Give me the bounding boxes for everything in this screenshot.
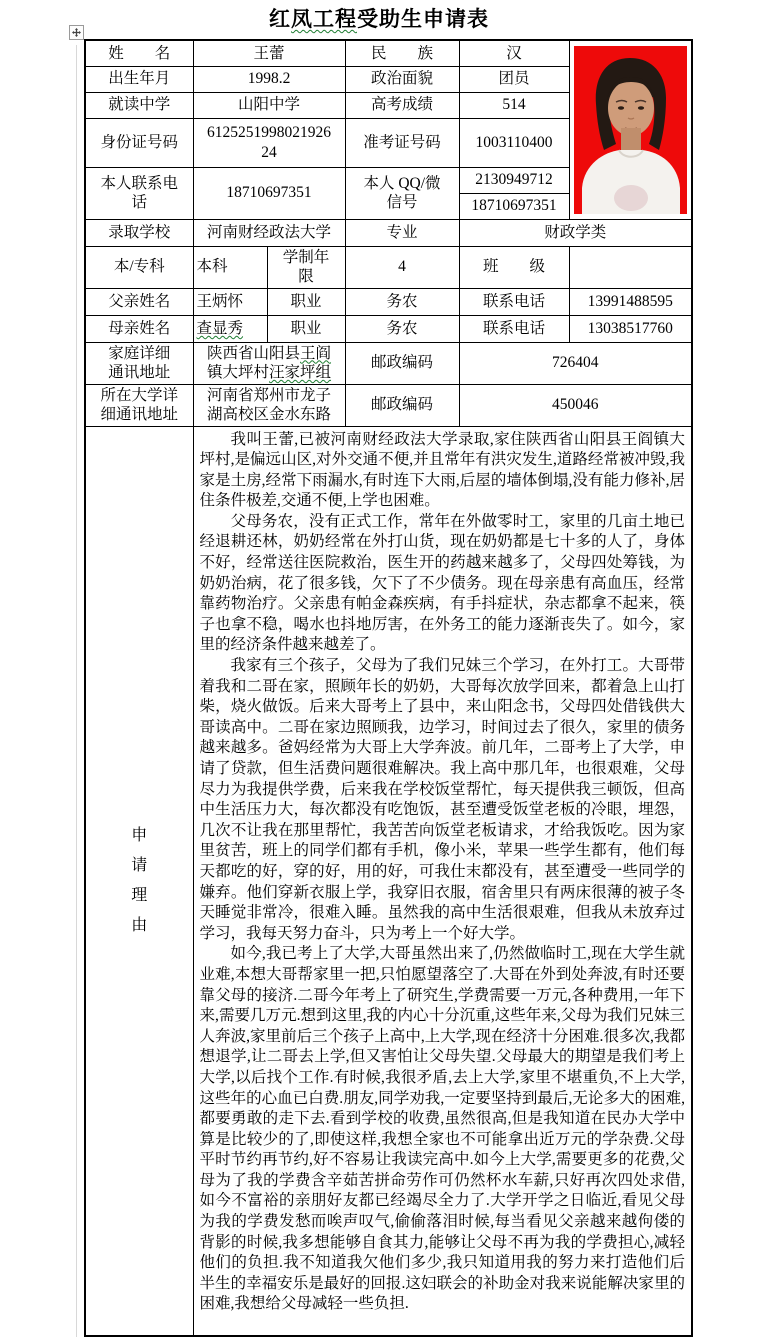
field-phone-value: 18710697351 <box>193 167 345 219</box>
field-univaddr-label: 所在大学详细通讯地址 <box>99 386 180 425</box>
field-highschool-value: 山阳中学 <box>193 92 345 118</box>
photo-cell <box>569 40 692 219</box>
field-examnumber-label: 准考证号码 <box>345 118 459 167</box>
field-major-value: 财政学类 <box>459 219 692 246</box>
page-title-pre: 红 <box>269 7 291 31</box>
field-univaddr-value: 河南省郑州市龙子湖高校区金水东路 <box>205 386 334 425</box>
field-mother-label: 母亲姓名 <box>85 315 193 342</box>
field-examnumber-value: 1003110400 <box>459 118 569 167</box>
field-father-phone-label: 联系电话 <box>459 288 569 315</box>
reason-paragraph: 父母务农，没有正式工作，常年在外做零时工，家里的几亩土地已经退耕还林，奶奶经常在… <box>200 512 686 656</box>
page-title: 红凤工程受助生申请表 <box>0 3 758 33</box>
field-homezip-label: 邮政编码 <box>345 342 459 384</box>
field-wechat-value: 18710697351 <box>459 193 569 219</box>
field-idnumber-label: 身份证号码 <box>85 118 193 167</box>
field-father-label: 父亲姓名 <box>85 288 193 315</box>
field-birth-value: 1998.2 <box>193 66 345 92</box>
field-mother-phone-label: 联系电话 <box>459 315 569 342</box>
field-mother-name: 查显秀 <box>197 320 244 337</box>
field-gaokao-value: 514 <box>459 92 569 118</box>
field-phone-label: 本人联系电话 <box>99 174 180 213</box>
field-homeaddr-value: 陕西省山阳县王阎镇大坪村汪家坪组 <box>205 344 334 383</box>
field-name-label: 姓 名 <box>85 40 193 66</box>
field-reason-label: 申请理由 <box>85 426 193 1336</box>
reason-paragraph: 如今,我已考上了大学,大哥虽然出来了,仍然做临时工,现在大学生就业难,本想大哥帮… <box>200 944 686 1315</box>
field-university-label: 录取学校 <box>85 219 193 246</box>
text-boundary-line <box>76 45 77 1337</box>
field-mother-job: 务农 <box>345 315 459 342</box>
field-univzip-label: 邮政编码 <box>345 384 459 426</box>
field-highschool-label: 就读中学 <box>85 92 193 118</box>
field-birth-label: 出生年月 <box>85 66 193 92</box>
field-father-name: 王炳怀 <box>193 288 267 315</box>
field-duration-label: 学制年限 <box>281 248 331 287</box>
field-ethnicity-value: 汉 <box>459 40 569 66</box>
field-political-value: 团员 <box>459 66 569 92</box>
field-class-label: 班 级 <box>459 246 569 288</box>
reason-paragraph: 我叫王蕾,已被河南财经政法大学录取,家住陕西省山阳县王阎镇大坪村,是偏远山区,对… <box>200 430 686 512</box>
field-university-value: 河南财经政法大学 <box>193 219 345 246</box>
document-page: 红凤工程受助生申请表 姓 名 王蕾 民 族 汉 <box>0 0 758 1337</box>
field-political-label: 政治面貌 <box>345 66 459 92</box>
field-gaokao-label: 高考成绩 <box>345 92 459 118</box>
field-father-phone: 13991488595 <box>569 288 692 315</box>
field-qq-value: 2130949712 <box>459 167 569 193</box>
field-qq-label: 本人 QQ/微信号 <box>359 174 446 213</box>
field-homezip-value: 726404 <box>459 342 692 384</box>
page-title-squiggle: 凤工程 <box>291 7 357 31</box>
field-degree-label: 本/专科 <box>85 246 193 288</box>
field-major-label: 专业 <box>345 219 459 246</box>
field-ethnicity-label: 民 族 <box>345 40 459 66</box>
applicant-form-table: 姓 名 王蕾 民 族 汉 <box>84 39 693 1337</box>
field-class-value <box>569 246 692 288</box>
reason-paragraph: 我家有三个孩子，父母为了我们兄妹三个学习，在外打工。大哥带着我和二哥在家，照顾年… <box>200 656 686 944</box>
field-homeaddr-label: 家庭详细通讯地址 <box>106 344 173 383</box>
field-univzip-value: 450046 <box>459 384 692 426</box>
applicant-photo <box>574 46 687 214</box>
field-duration-value: 4 <box>345 246 459 288</box>
field-mother-phone: 13038517760 <box>569 315 692 342</box>
field-name-value: 王蕾 <box>193 40 345 66</box>
field-mother-job-label: 职业 <box>267 315 345 342</box>
field-father-job: 务农 <box>345 288 459 315</box>
page-title-post: 受助生申请表 <box>357 7 489 31</box>
field-reason-body: 我叫王蕾,已被河南财经政法大学录取,家住陕西省山阳县王阎镇大坪村,是偏远山区,对… <box>193 426 692 1336</box>
field-idnumber-value: 612525199802192624 <box>204 123 334 162</box>
field-father-job-label: 职业 <box>267 288 345 315</box>
table-move-handle-icon[interactable] <box>69 25 84 40</box>
field-degree-value: 本科 <box>193 246 267 288</box>
